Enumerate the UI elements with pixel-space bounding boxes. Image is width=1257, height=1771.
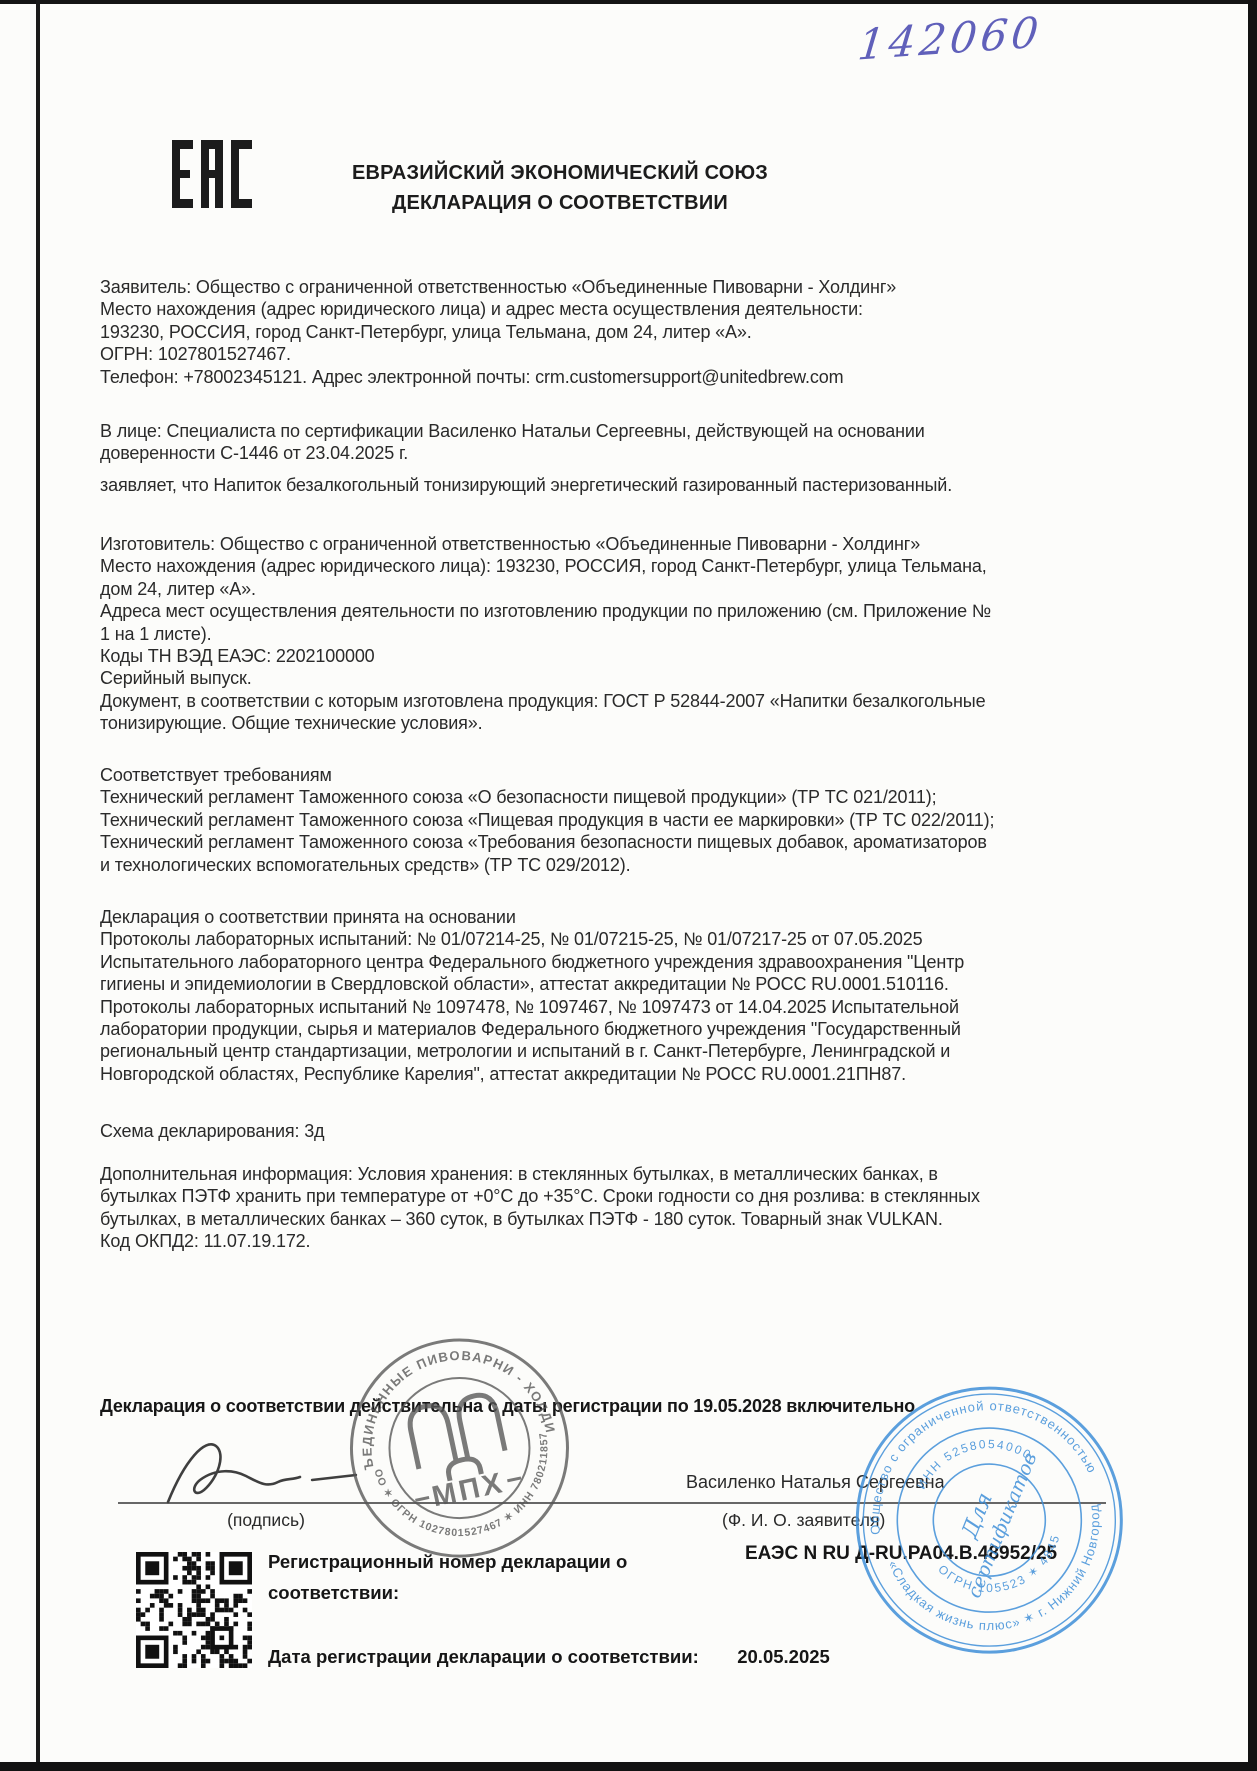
registration-number-label: Регистрационный номер декларации о соотв… <box>268 1546 668 1608</box>
applicant-name: Василенко Наталья Сергеевна <box>686 1472 945 1493</box>
applicant-block: Заявитель: Общество с ограниченной ответ… <box>100 276 896 388</box>
registration-number-value: ЕАЭС N RU Д-RU.РА04.В.48952/25 <box>745 1543 1057 1565</box>
text-line: Новгородской областях, Республике Карели… <box>100 1063 964 1085</box>
additional-info-block: Дополнительная информация: Условия хране… <box>100 1163 980 1253</box>
text-line: гигиены и эпидемиологии в Свердловской о… <box>100 973 964 995</box>
stamp-center-text: МПХ <box>429 1467 507 1514</box>
text-line: доверенности С-1446 от 23.04.2025 г. <box>100 442 925 464</box>
scan-border-left <box>36 0 40 1771</box>
text-line: Место нахождения (адрес юридического лиц… <box>100 555 991 577</box>
svg-text:ОГРН 105523 ✶ 4845: ОГРН 105523 ✶ 4845 <box>933 1529 1073 1611</box>
registration-date-label: Дата регистрации декларации о соответств… <box>268 1646 699 1667</box>
registration-date-row: Дата регистрации декларации о соответств… <box>268 1646 830 1668</box>
text-line: В лице: Специалиста по сертификации Васи… <box>100 420 925 442</box>
text-line: Документ, в соответствии с которым изгот… <box>100 690 991 712</box>
text-line: Коды ТН ВЭД ЕАЭС: 2202100000 <box>100 645 991 667</box>
text-line: 1 на 1 листе). <box>100 623 991 645</box>
union-title: ЕВРАЗИЙСКИЙ ЭКОНОМИЧЕСКИЙ СОЮЗ <box>320 158 800 188</box>
applicant-caption: (Ф. И. О. заявителя) <box>722 1510 885 1531</box>
registration-date-value: 20.05.2025 <box>737 1646 830 1667</box>
svg-text:сертификатов: сертификатов <box>963 1450 1041 1602</box>
blue-stamp-inner-bottom-text: ОГРН 105523 ✶ 4845 <box>933 1529 1073 1611</box>
text-line: 193230, РОССИЯ, город Санкт-Петербург, у… <box>100 321 896 343</box>
text-line: Протоколы лабораторных испытаний: № 01/0… <box>100 928 964 950</box>
text-line: Телефон: +78002345121. Адрес электронной… <box>100 366 896 388</box>
qr-code <box>136 1552 252 1668</box>
scan-border-bottom <box>0 1762 1257 1771</box>
text-line: дом 24, литер «А». <box>100 578 991 600</box>
text-line: лаборатории продукции, сырья и материало… <box>100 1018 964 1040</box>
text-line: Код ОКПД2: 11.07.19.172. <box>100 1230 980 1252</box>
text-line: Декларация о соответствии принята на осн… <box>100 906 964 928</box>
product-block: заявляет, что Напиток безалкогольный тон… <box>100 474 952 496</box>
svg-text:«Сладкая жизнь плюс» ✶ г. Нижн: «Сладкая жизнь плюс» ✶ г. Нижний Новгоро… <box>885 1500 1129 1659</box>
basis-block: Декларация о соответствии принята на осн… <box>100 906 964 1085</box>
text-line: региональный центр стандартизации, метро… <box>100 1040 964 1062</box>
scan-border-right <box>1248 0 1257 1771</box>
text-line: и технологических вспомогательных средст… <box>100 854 994 876</box>
text-line: Серийный выпуск. <box>100 667 991 689</box>
text-line: заявляет, что Напиток безалкогольный тон… <box>100 474 952 496</box>
text-line: бутылках, в металлических банках – 360 с… <box>100 1208 980 1230</box>
text-line: Место нахождения (адрес юридического лиц… <box>100 298 896 320</box>
text-line: Испытательного лабораторного центра Феде… <box>100 951 964 973</box>
text-line: ОГРН: 1027801527467. <box>100 343 896 365</box>
blue-stamp-center-text: Для сертификатов <box>937 1439 1041 1601</box>
svg-text:Для: Для <box>957 1489 998 1542</box>
text-line: бутылках ПЭТФ хранить при температуре от… <box>100 1185 980 1207</box>
text-line: Технический регламент Таможенного союза … <box>100 831 994 853</box>
text-line: тонизирующие. Общие технические условия»… <box>100 712 991 734</box>
eac-mark-icon <box>172 130 252 225</box>
text-line: Заявитель: Общество с ограниченной ответ… <box>100 276 896 298</box>
text-line: Протоколы лабораторных испытаний № 10974… <box>100 996 964 1018</box>
text-line: Технический регламент Таможенного союза … <box>100 809 994 831</box>
doc-title: ДЕКЛАРАЦИЯ О СООТВЕТСТВИИ <box>320 188 800 218</box>
representative-block: В лице: Специалиста по сертификации Васи… <box>100 420 925 465</box>
scan-border-top <box>0 0 1257 4</box>
manufacturer-block: Изготовитель: Общество с ограниченной от… <box>100 533 991 735</box>
validity-line: Декларация о соответствии действительна … <box>100 1396 915 1417</box>
scheme-block: Схема декларирования: 3д <box>100 1120 324 1142</box>
text-line: Соответствует требованиям <box>100 764 994 786</box>
handwritten-number: 142060 <box>856 7 1045 69</box>
requirements-block: Соответствует требованиямТехнический рег… <box>100 764 994 876</box>
declaration-document-page: 142060 ЕВРАЗИЙСКИЙ ЭКОНОМИЧЕС <box>0 0 1257 1771</box>
text-line: Технический регламент Таможенного союза … <box>100 786 994 808</box>
page-title: ЕВРАЗИЙСКИЙ ЭКОНОМИЧЕСКИЙ СОЮЗ ДЕКЛАРАЦИ… <box>320 158 800 218</box>
text-line: Изготовитель: Общество с ограниченной от… <box>100 533 991 555</box>
text-line: Схема декларирования: 3д <box>100 1120 324 1142</box>
blue-stamp-outer-bottom-text: «Сладкая жизнь плюс» ✶ г. Нижний Новгоро… <box>885 1500 1129 1659</box>
text-line: Адреса мест осуществления деятельности п… <box>100 600 991 622</box>
signature-ink <box>150 1430 430 1520</box>
text-line: Дополнительная информация: Условия хране… <box>100 1163 980 1185</box>
